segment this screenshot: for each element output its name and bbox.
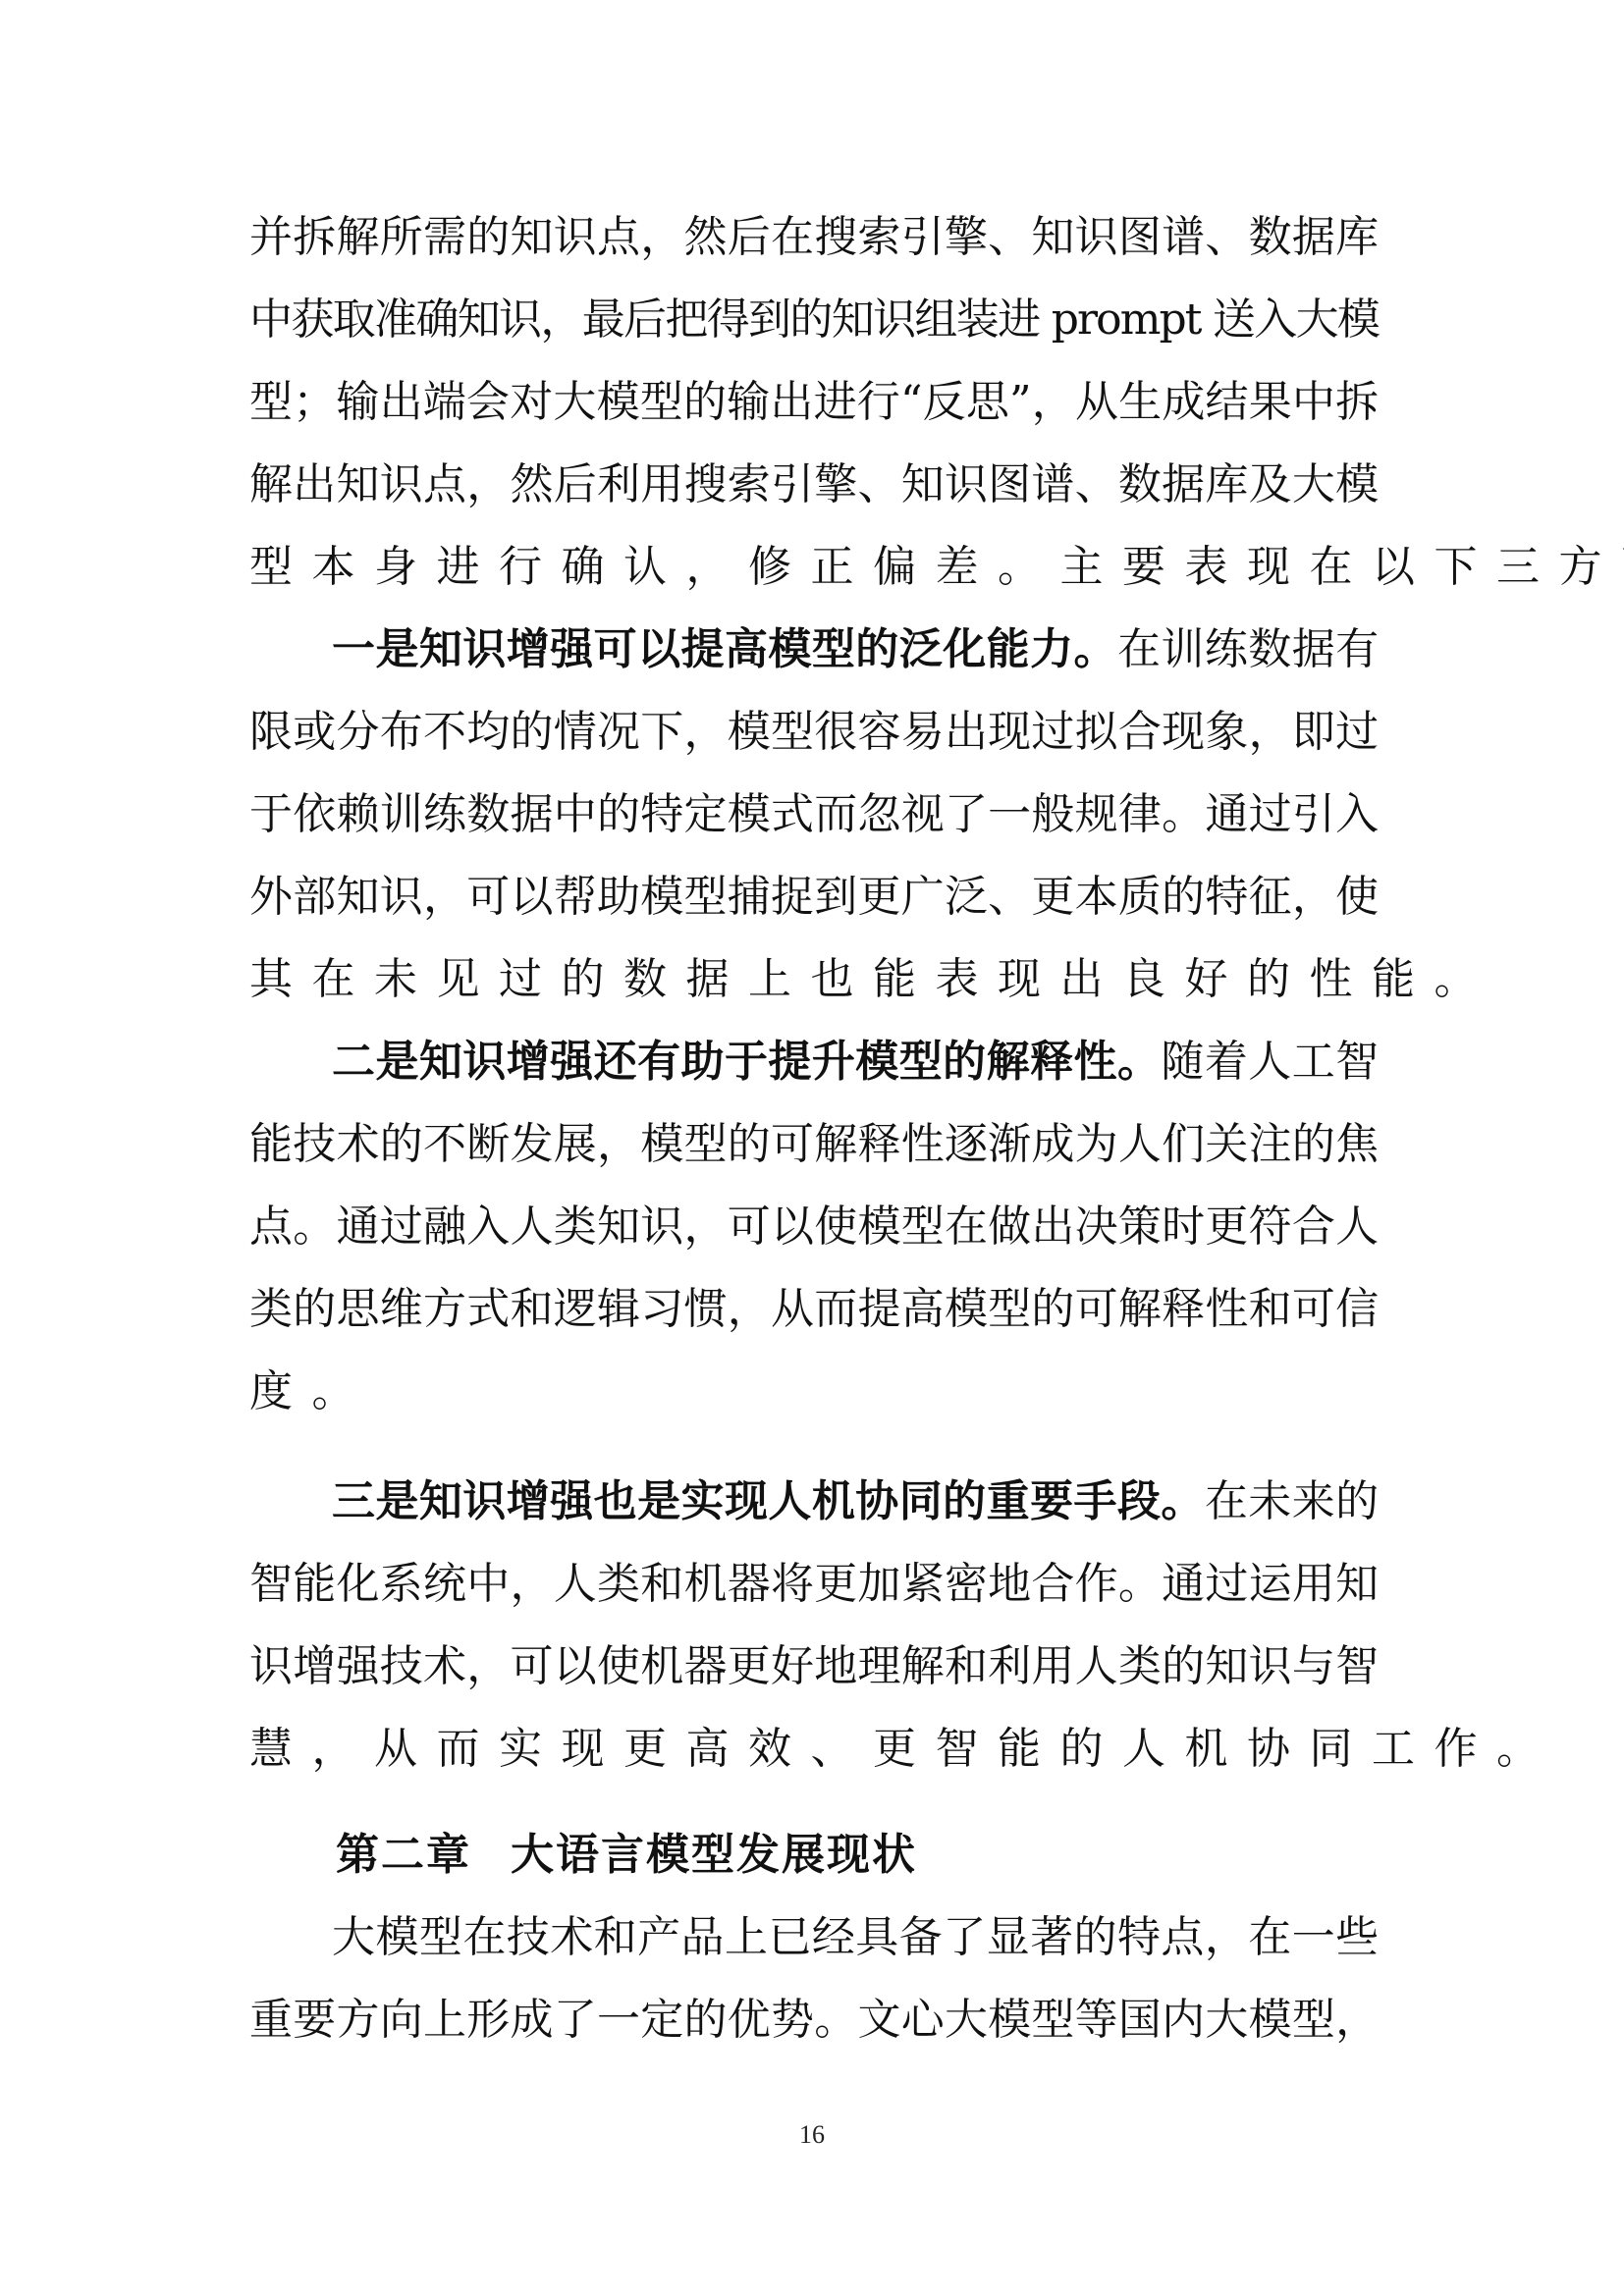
- paragraph-llm-status-intro: 大模型在技术和产品上已经具备了显著的特点，在一些 重要方向上形成了一定的优势。文…: [249, 1896, 1379, 2061]
- lead-sentence: 一是知识增强可以提高模型的泛化能力。: [332, 624, 1117, 674]
- page-body: 并拆解所需的知识点，然后在搜索引擎、知识图谱、数据库 中获取准确知识，最后把得到…: [249, 196, 1379, 2061]
- text-line: 慧，从而实现更高效、更智能的人机协同工作。: [249, 1708, 1379, 1790]
- text-line: 能技术的不断发展，模型的可解释性逐渐成为人们关注的焦: [249, 1103, 1379, 1186]
- text-line: 外部知识，可以帮助模型捕捉到更广泛、更本质的特征，使: [249, 856, 1379, 938]
- text-line: 智能化系统中，人类和机器将更加紧密地合作。通过运用知: [249, 1543, 1379, 1626]
- text-line: 识增强技术，可以使机器更好地理解和利用人类的知识与智: [249, 1626, 1379, 1708]
- text-line: 点。通过融入人类知识，可以使模型在做出决策时更符合人: [249, 1186, 1379, 1268]
- text-line: 大模型在技术和产品上已经具备了显著的特点，在一些: [249, 1896, 1379, 1979]
- paragraph-interpretability: 二是知识增强还有助于提升模型的解释性。随着人工智 能技术的不断发展，模型的可解释…: [249, 1021, 1379, 1433]
- chapter-number: 第二章: [336, 1830, 471, 1880]
- text-line: 类的思维方式和逻辑习惯，从而提高模型的可解释性和可信: [249, 1268, 1379, 1351]
- text-segment: 在训练数据有: [1117, 624, 1379, 674]
- text-line: 其在未见过的数据上也能表现出良好的性能。: [249, 938, 1379, 1021]
- paragraph-generalization: 一是知识增强可以提高模型的泛化能力。在训练数据有 限或分布不均的情况下，模型很容…: [249, 609, 1379, 1021]
- text-line: 重要方向上形成了一定的优势。文心大模型等国内大模型，: [249, 1979, 1379, 2061]
- text-line: 于依赖训练数据中的特定模式而忽视了一般规律。通过引入: [249, 774, 1379, 856]
- document-page: 并拆解所需的知识点，然后在搜索引擎、知识图谱、数据库 中获取准确知识，最后把得到…: [0, 0, 1624, 2296]
- text-line: 度。: [249, 1351, 1379, 1433]
- chapter-title: 大语言模型发展现状: [511, 1830, 917, 1880]
- page-number: 16: [0, 2120, 1624, 2150]
- lead-sentence: 二是知识增强还有助于提升模型的解释性。: [332, 1037, 1161, 1087]
- text-line: 型；输出端会对大模型的输出进行“反思”，从生成结果中拆: [249, 361, 1379, 444]
- text-segment: 在未来的: [1205, 1476, 1379, 1526]
- text-line: 解出知识点，然后利用搜索引擎、知识图谱、数据库及大模: [249, 444, 1379, 526]
- paragraph-continuation: 并拆解所需的知识点，然后在搜索引擎、知识图谱、数据库 中获取准确知识，最后把得到…: [249, 196, 1379, 609]
- text-line: 型本身进行确认，修正偏差。主要表现在以下三方面：: [249, 526, 1379, 609]
- text-line: 并拆解所需的知识点，然后在搜索引擎、知识图谱、数据库: [249, 196, 1379, 279]
- text-line: 一是知识增强可以提高模型的泛化能力。在训练数据有: [249, 609, 1379, 691]
- paragraph-human-machine-collaboration: 三是知识增强也是实现人机协同的重要手段。在未来的 智能化系统中，人类和机器将更加…: [249, 1461, 1379, 1790]
- lead-sentence: 三是知识增强也是实现人机协同的重要手段。: [332, 1476, 1205, 1526]
- text-line: 三是知识增强也是实现人机协同的重要手段。在未来的: [249, 1461, 1379, 1543]
- text-segment: 中获取准确知识，最后把得到的知识组装进 prompt 送入大模: [249, 294, 1379, 345]
- chapter-heading: 第二章大语言模型发展现状: [249, 1814, 1379, 1896]
- text-line: 中获取准确知识，最后把得到的知识组装进 prompt 送入大模: [249, 279, 1379, 361]
- text-line: 限或分布不均的情况下，模型很容易出现过拟合现象，即过: [249, 691, 1379, 774]
- text-line: 二是知识增强还有助于提升模型的解释性。随着人工智: [249, 1021, 1379, 1103]
- text-segment: 随着人工智: [1161, 1037, 1379, 1087]
